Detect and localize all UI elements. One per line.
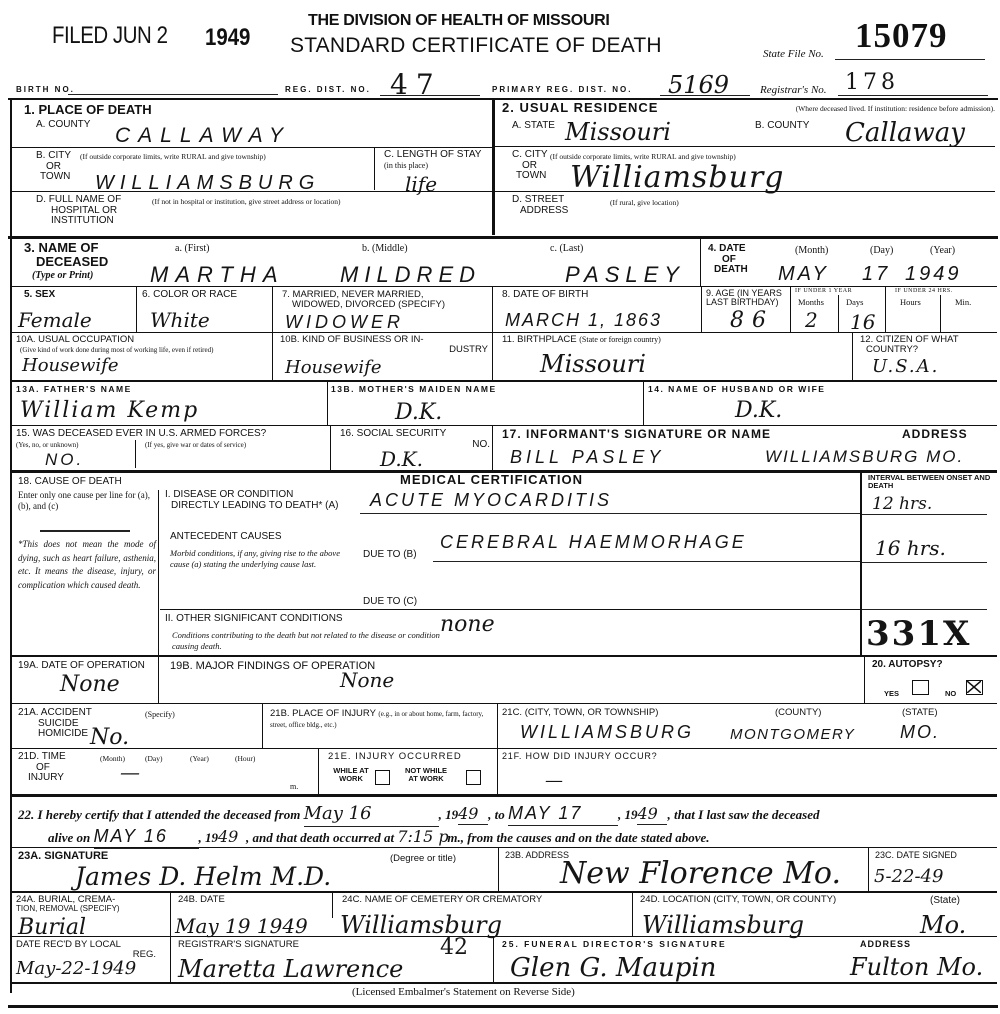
ur-county-value: Callaway [845, 118, 965, 148]
accident-place-divider [262, 704, 263, 748]
parents-row-bottom [12, 425, 997, 426]
ur-city-label: c. CITY OR TOWN [512, 150, 548, 182]
reg-dist-line [380, 95, 480, 96]
line-c-label: DUE TO (c) [363, 597, 417, 608]
injury-m-label: m. [290, 782, 298, 791]
injury-city-value: WILLIAMSBURG [520, 722, 694, 743]
hours-label: Hours [900, 297, 921, 307]
injury-city-label: 21c. (CITY, TOWN, OR TOWNSHIP) [502, 708, 658, 718]
age-months-value: 2 [805, 308, 818, 332]
place-of-death-label: 1. PLACE OF DEATH [24, 103, 152, 117]
location-state-value: Mo. [920, 911, 966, 939]
name-label: 3. NAME OF DECEASED [24, 241, 108, 268]
usual-residence-note: (Where deceased lived. If institution: r… [665, 104, 995, 113]
dob-age-divider [701, 287, 702, 332]
location-value: Williamsburg [642, 911, 804, 939]
spouse-label: 14. NAME OF HUSBAND OR WIFE [648, 385, 825, 394]
sex-row-bottom [12, 332, 997, 333]
race-value: White [150, 308, 210, 332]
citizen-value: U.S.A. [872, 356, 939, 377]
citizen-label: 12. CITIZEN OF WHAT COUNTRY? [860, 335, 959, 355]
interval-b-underline [862, 562, 987, 563]
armed-sub-divider [135, 440, 136, 468]
autopsy-divider [864, 656, 865, 703]
under-year-label: IF UNDER 1 YEAR [795, 288, 852, 294]
date-cemetery-divider [332, 893, 333, 918]
armed-ssn-divider [330, 426, 331, 470]
birth-no-label: BIRTH NO. [16, 86, 75, 94]
accident-value: No. [90, 725, 129, 750]
frame-left-line [10, 98, 12, 993]
pod-county-label: a. COUNTY [36, 120, 90, 131]
section-3-top-line [8, 236, 998, 239]
op-divider [158, 656, 159, 703]
reg-dist-label: REG. DIST. NO. [285, 86, 371, 94]
autopsy-yes-label: YES [884, 690, 899, 698]
spouse-value: D.K. [735, 398, 782, 423]
pod-city-note: (If outside corporate limits, write RURA… [80, 152, 370, 161]
injury-place-label: 21b. PLACE OF INJURY (e.g., in or about … [270, 708, 500, 731]
line-a-underline [360, 513, 860, 514]
disease-label: I. DISEASE OR CONDITION DIRECTLY LEADING… [165, 490, 338, 511]
interval-c-underline [862, 609, 987, 610]
at-work-checkbox[interactable] [375, 770, 390, 785]
dod-divider [700, 238, 701, 286]
certificate-title: STANDARD CERTIFICATE OF DEATH [290, 34, 662, 58]
age-years-value: 86 [730, 308, 774, 333]
father-mother-divider [327, 382, 328, 426]
section-divider-1-2 [492, 98, 495, 235]
cause-separator [40, 530, 130, 532]
dod-year-label: (Year) [930, 245, 955, 256]
days-hours-divider [885, 287, 886, 332]
funeral-director-value: Glen G. Maupin [510, 953, 716, 983]
mins-label: Min. [955, 297, 971, 307]
pod-hospital-label: d. FULL NAME OF HOSPITAL OR INSTITUTION [36, 195, 121, 227]
cemetery-value: Williamsburg [340, 911, 502, 939]
antecedent-label: ANTECEDENT CAUSES [170, 532, 282, 543]
pod-city-label: b. CITY OR TOWN [36, 151, 71, 183]
dod-year-value: 1949 [905, 263, 962, 286]
dod-month-label: (Month) [795, 245, 828, 256]
accident-specify-label: (Specify) [145, 710, 175, 719]
cert-address-value: New Florence Mo. [560, 856, 841, 891]
injury-time-value: — [120, 760, 140, 784]
footer-note: (Licensed Embalmer's Statement on Revers… [352, 986, 575, 998]
frame-bottom-line [8, 1005, 998, 1008]
mother-value: D.K. [395, 400, 442, 425]
business-value: Housewife [285, 357, 382, 378]
armed-value: NO. [45, 450, 84, 470]
under-day-label: IF UNDER 24 HRS. [895, 288, 953, 294]
other-conditions-value: none [440, 612, 495, 637]
middle-name-label: b. (Middle) [362, 243, 408, 254]
age-label: 9. AGE (In years last birthday) [706, 289, 788, 308]
registrar-funeral-divider [493, 937, 494, 982]
ur-state-value: Missouri [565, 118, 671, 146]
marital-dob-divider [492, 287, 493, 332]
interval-a-underline [862, 514, 987, 515]
injury-county-value: MONTGOMERY [730, 726, 855, 743]
signature-row-bottom [12, 891, 997, 893]
filed-stamp: FILED JUN 2 [52, 22, 167, 50]
injury-row2-bottom [12, 794, 997, 797]
ur-state-label: a. STATE [512, 121, 555, 132]
pod-stay-label: c. LENGTH OF STAY (in this place) [384, 150, 489, 171]
cause-label: 18. CAUSE OF DEATH [18, 477, 122, 488]
registrar-no: 178 [845, 70, 899, 95]
injury-state-label: (STATE) [902, 708, 938, 718]
signature-label: 23a. SIGNATURE [18, 851, 108, 863]
marital-value: WIDOWER [285, 312, 404, 333]
ssn-informant-divider [492, 426, 493, 470]
armed-note-1: (Yes, no, or unknown) [16, 441, 78, 449]
cause-column-divider [158, 490, 159, 655]
occupation-business-divider [272, 333, 273, 380]
first-name-value: MARTHA [150, 262, 285, 288]
filed-year: 1949 [205, 24, 250, 52]
birthplace-citizen-divider [852, 333, 853, 380]
cemetery-label: 24c. NAME OF CEMETERY OR CREMATORY [342, 895, 542, 905]
birthplace-value: Missouri [540, 350, 646, 378]
sex-label: 5. SEX [24, 290, 55, 301]
dob-value: MARCH 1, 1863 [505, 310, 662, 331]
burial-date-value: May 19 1949 [175, 914, 308, 938]
funeral-address-value: Fulton Mo. [850, 953, 983, 981]
op-date-value: None [60, 672, 120, 697]
check-x-icon [967, 681, 981, 693]
injury-county-label: (COUNTY) [775, 708, 821, 718]
interval-b-value: 16 hrs. [875, 536, 946, 560]
cemetery-location-divider [632, 893, 633, 936]
location-state-label: (State) [930, 895, 960, 906]
days-label: Days [846, 297, 863, 307]
age-months-divider [790, 287, 791, 332]
medical-bottom [12, 655, 997, 657]
sex-race-divider [136, 287, 137, 332]
at-work-label: WHILE AT WORK [330, 767, 372, 783]
state-file-label: State File No. [763, 48, 824, 60]
primary-reg-dist-label: PRIMARY REG. DIST. NO. [492, 86, 632, 94]
name-note: (Type or Print) [32, 270, 93, 283]
dod-label: 4. DATE OF DEATH [708, 244, 748, 276]
interval-divider [860, 473, 862, 656]
middle-name-value: MILDRED [340, 262, 481, 288]
last-name-value: PASLEY [565, 262, 685, 288]
place-city-divider [497, 704, 498, 748]
usual-residence-label: 2. USUAL RESIDENCE [502, 101, 658, 115]
business-birthplace-divider [492, 333, 493, 380]
age-days-value: 16 [850, 310, 875, 334]
pod-hospital-note: (If not in hospital or institution, give… [152, 197, 341, 206]
ur-street-note: (If rural, give location) [610, 198, 679, 207]
date-signed-value: 5-22-49 [874, 866, 943, 887]
autopsy-yes-checkbox[interactable] [912, 680, 929, 695]
registrar-no-line [838, 95, 988, 96]
pod-stay-value: life [405, 172, 437, 196]
months-label: Months [798, 297, 824, 307]
interval-a-value: 12 hrs. [872, 494, 932, 514]
injury-state-value: MO. [900, 722, 940, 743]
line-a-value: ACUTE MYOCARDITIS [370, 490, 612, 511]
not-at-work-label: NOT WHILE AT WORK [400, 767, 452, 783]
pod-city-bottom-divider [12, 191, 492, 192]
injury-hour-label: (Hour) [235, 754, 255, 763]
father-value: William Kemp [20, 398, 199, 423]
ssn-value: D.K. [380, 447, 423, 471]
physician-signature: James D. Helm M.D. [75, 862, 331, 891]
autopsy-label: 20. AUTOPSY? [872, 660, 943, 671]
address-datesigned-divider [868, 848, 869, 891]
state-file-number: 15079 [855, 16, 948, 56]
injury-time-label: 21d. TIME OF INJURY [18, 752, 66, 784]
accident-label: 21a. ACCIDENT SUICIDE HOMICIDE [18, 708, 92, 740]
state-file-underline [835, 59, 985, 60]
armed-label: 15. WAS DECEASED EVER IN U.S. ARMED FORC… [16, 429, 266, 440]
dob-label: 8. DATE OF BIRTH [502, 290, 588, 301]
medical-title: MEDICAL CERTIFICATION [400, 473, 583, 487]
disposition-label: 24a. BURIAL, CREMA- TION, REMOVAL (Speci… [16, 895, 120, 913]
informant-value: BILL PASLEY [510, 447, 664, 468]
disposition-date-divider [170, 893, 171, 936]
location-label: 24d. LOCATION (City, town, or county) [640, 895, 836, 905]
filed-stamp-text: FILED JUN 2 [52, 22, 167, 49]
ur-city-divider [495, 191, 995, 192]
first-name-label: a. (First) [175, 243, 209, 254]
line-b-underline [433, 561, 860, 562]
dod-day-value: 17 [862, 263, 890, 286]
autopsy-no-checkbox[interactable] [966, 680, 983, 695]
received-registrar-divider [170, 937, 171, 982]
cert-line-2: alive on MAY 16, 1949, and that death oc… [48, 825, 710, 849]
armed-note-2: (If yes, give war or dates of service) [145, 441, 246, 449]
mother-label: 13b. MOTHER'S MAIDEN NAME [331, 385, 497, 394]
informant-address-label: ADDRESS [902, 428, 968, 441]
ur-state-divider [495, 146, 995, 147]
interval-label: INTERVAL BETWEEN ONSET AND DEATH [868, 474, 993, 491]
cause-code: 331X [866, 614, 971, 654]
burial-date-label: 24b. DATE [178, 895, 225, 905]
agency-name: THE DIVISION OF HEALTH OF MISSOURI [308, 12, 610, 30]
dod-month-value: MAY [778, 263, 829, 286]
father-label: 13a. FATHER'S NAME [16, 385, 132, 394]
date-signed-label: 23c. DATE SIGNED [875, 851, 957, 860]
registrar-no-label: Registrar's No. [760, 84, 827, 96]
marital-label: 7. MARRIED, NEVER MARRIED, WIDOWED, DIVO… [282, 290, 445, 310]
burial-row-bottom [12, 936, 997, 937]
occupation-note: (Give kind of work done during most of w… [20, 346, 265, 355]
mother-spouse-divider [643, 382, 644, 426]
occupation-value: Housewife [22, 355, 119, 376]
signature-address-divider [498, 848, 499, 891]
dod-day-label: (Day) [870, 245, 893, 256]
injury-day-label: (Day) [145, 754, 163, 763]
autopsy-no-label: NO [945, 690, 956, 698]
reg-dist-no: 47 [390, 68, 442, 101]
line-b-label: DUE TO (b) [363, 550, 417, 561]
name-row-bottom [12, 286, 997, 287]
operation-row-bottom [12, 703, 997, 704]
cert-line-1: 22. I hereby certify that I attended the… [18, 802, 820, 827]
hours-mins-divider [940, 295, 941, 332]
informant-label: 17. INFORMANT'S SIGNATURE OR NAME [502, 428, 771, 441]
pod-county-value: CALLAWAY [115, 124, 291, 148]
race-marital-divider [272, 287, 273, 332]
pod-county-divider [12, 147, 492, 148]
funeral-director-label: 25. FUNERAL DIRECTOR'S SIGNATURE [502, 940, 727, 949]
occurred-how-divider [497, 749, 498, 794]
ur-city-value: Williamsburg [570, 160, 785, 195]
registrar-signature-value: Maretta Lawrence [178, 955, 403, 983]
degree-label: (Degree or title) [390, 853, 456, 864]
cause-footnote: *This does not mean the mode of dying, s… [18, 538, 156, 592]
ur-street-label: d. STREET ADDRESS [512, 195, 568, 216]
injury-occurred-label: 21e. INJURY OCCURRED [328, 752, 462, 762]
pod-stay-divider [374, 148, 375, 190]
op-findings-value: None [340, 668, 394, 692]
injury-how-value: — [545, 770, 563, 791]
primary-reg-dist-line [660, 95, 750, 96]
antecedent-note: Morbid conditions, if any, giving rise t… [170, 548, 360, 569]
other-conditions-label: II. OTHER SIGNIFICANT CONDITIONS [165, 614, 343, 625]
occupation-label: 10a. USUAL OCCUPATION [16, 335, 134, 345]
date-received-value: May-22-1949 [16, 958, 136, 979]
months-days-divider [838, 295, 839, 332]
burial-row2-bottom [12, 982, 997, 984]
last-name-label: c. (Last) [550, 243, 583, 254]
business-label: 10b. KIND OF BUSINESS OR IN- DUSTRY [280, 335, 488, 355]
not-at-work-checkbox[interactable] [466, 770, 481, 785]
cert-text-bottom [12, 847, 997, 848]
registrar-signature-label: REGISTRAR'S SIGNATURE [178, 940, 299, 950]
other-conditions-note: Conditions contributing to the death but… [172, 630, 442, 651]
injury-how-label: 21f. HOW DID INJURY OCCUR? [502, 752, 658, 761]
injury-year-label: (Year) [190, 754, 209, 763]
op-date-label: 19a. DATE OF OPERATION [18, 661, 158, 672]
birthplace-label: 11. BIRTHPLACE (State or foreign country… [502, 335, 661, 345]
date-received-label: DATE REC'D BY LOCAL REG. [16, 940, 166, 960]
cause-instr: Enter only one cause per line for (a), (… [18, 490, 156, 513]
race-label: 6. COLOR OR RACE [142, 290, 237, 301]
funeral-address-label: ADDRESS [860, 940, 911, 949]
registrar-code: 42 [440, 935, 468, 960]
ur-county-label: b. COUNTY [755, 121, 809, 132]
sex-value: Female [18, 308, 92, 332]
injury-row1-bottom [12, 748, 997, 749]
line-c-underline [160, 609, 860, 610]
occupation-row-bottom [12, 380, 997, 382]
informant-address-value: WILLIAMSBURG MO. [765, 447, 964, 467]
line-b-value: CEREBRAL HAEMMORHAGE [440, 532, 747, 553]
birth-no-line [68, 94, 278, 95]
time-occurred-divider [318, 749, 319, 794]
